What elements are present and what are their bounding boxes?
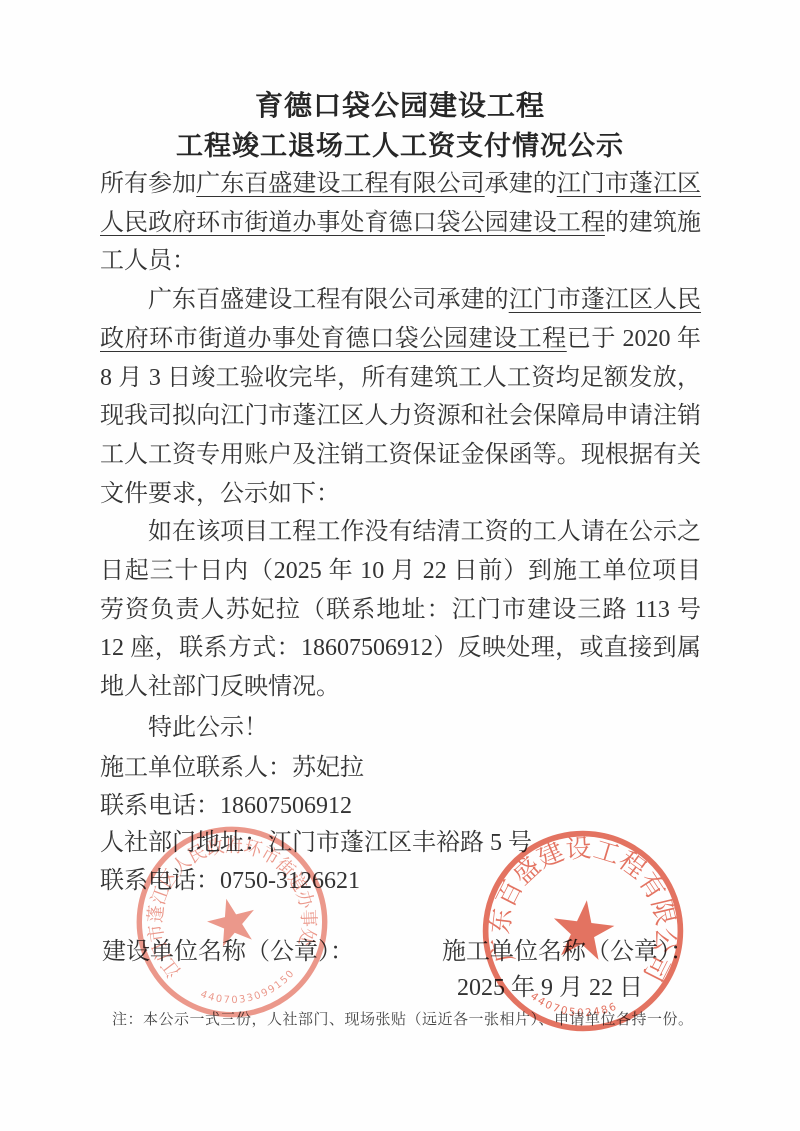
- paragraph: 如在该项目工程工作没有结清工资的工人请在公示之日起三十日内（2025 年 10 …: [100, 513, 701, 707]
- plain-text: 所有参加: [100, 171, 196, 197]
- plain-text: 如在该项目工程工作没有结清工资的工人请在公示之日起三十日内（2025 年 10 …: [100, 519, 701, 700]
- date-line: 2025 年 9 月 22 日: [457, 967, 643, 1002]
- body-paragraphs: 所有参加广东百盛建设工程有限公司承建的江门市蓬江区人民政府环市街道办事处育德口袋…: [100, 165, 701, 707]
- page-title-line1: 育德口袋公园建设工程: [0, 84, 800, 124]
- plain-text: 承建的: [485, 171, 557, 197]
- page-title-line2: 工程竣工退场工人工资支付情况公示: [0, 124, 800, 163]
- contact-line: 联系电话：0750-3126621: [100, 863, 532, 901]
- construction-owner-seal-label: 建设单位名称（公章）：: [102, 931, 354, 966]
- contact-line: 人社部门地址：江门市蓬江区丰裕路 5 号: [100, 825, 532, 863]
- plain-text: 已于 2020 年 8 月 3 日竣工验收完毕，所有建筑工人工资均足额发放，现我…: [100, 326, 701, 507]
- contact-lines: 施工单位联系人：苏妃拉联系电话：18607506912人社部门地址：江门市蓬江区…: [100, 750, 532, 900]
- contact-line: 联系电话：18607506912: [100, 788, 532, 826]
- contact-line: 施工单位联系人：苏妃拉: [100, 750, 532, 788]
- paragraph: 所有参加广东百盛建设工程有限公司承建的江门市蓬江区人民政府环市街道办事处育德口袋…: [100, 165, 701, 281]
- footnote: 注：本公示一式三份，人社部门、现场张贴（远近各一张相片）、申请单位各持一份。: [112, 1008, 694, 1029]
- closing-line: 特此公示！: [100, 707, 268, 742]
- plain-text: 广东百盛建设工程有限公司承建的: [148, 287, 509, 313]
- underlined-text: 广东百盛建设工程有限公司: [196, 171, 485, 197]
- notice-page: 育德口袋公园建设工程 工程竣工退场工人工资支付情况公示 所有参加广东百盛建设工程…: [0, 0, 800, 1131]
- contractor-seal-label: 施工单位名称（公章）：: [442, 931, 694, 966]
- paragraph: 广东百盛建设工程有限公司承建的江门市蓬江区人民政府环市街道办事处育德口袋公园建设…: [100, 281, 701, 513]
